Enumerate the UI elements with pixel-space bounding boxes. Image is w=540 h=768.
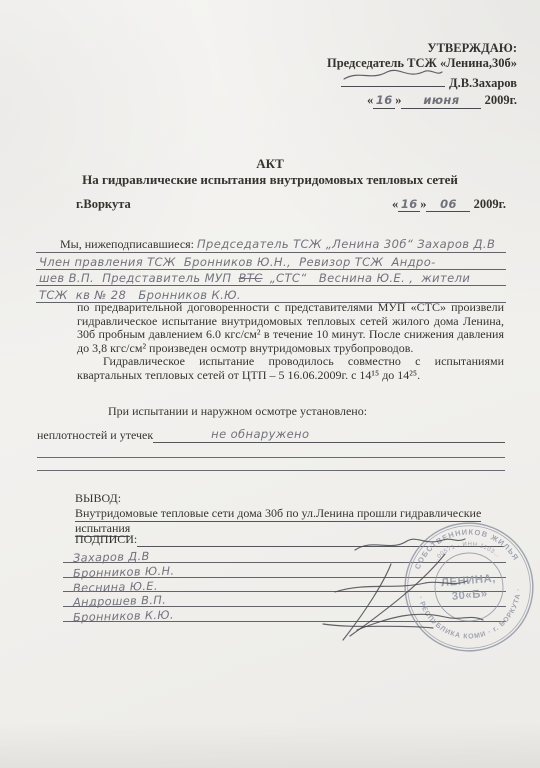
document-title: АКТ — [0, 156, 540, 172]
participants-handwritten-3b: „СТС“ Веснина Ю.Е. , жители — [263, 271, 471, 285]
signature-row: Бронников К.Ю. — [63, 607, 506, 622]
participants-handwritten-strikethrough: ВТС — [235, 271, 262, 285]
approval-date-row: «16»июня 2009г. — [247, 93, 517, 109]
date-month: 06 — [426, 197, 470, 212]
signatory-name: Бронников Ю.Н. — [63, 564, 175, 580]
blank-lines — [37, 444, 505, 471]
signatory-name: Бронников К.Ю. — [63, 609, 174, 625]
date-day: 16 — [398, 197, 420, 212]
participants-line-2: Член правления ТСЖ Бронников Ю.Н., Ревиз… — [36, 253, 506, 269]
approver-name: Д.В.Захаров — [449, 76, 517, 90]
signature-line — [341, 72, 445, 87]
signature-row: Бронников Ю.Н. — [63, 563, 506, 578]
document-title-block: АКТ На гидравлические испытания внутридо… — [0, 156, 540, 188]
approval-block: УТВЕРЖДАЮ: Председатель ТСЖ «Ленина,30б»… — [247, 41, 517, 109]
signatory-name: Веснина Ю.Е. — [63, 579, 158, 594]
approval-label: УТВЕРЖДАЮ: — [247, 41, 517, 56]
approval-date-month: июня — [401, 93, 481, 109]
signature-row: Андрошев В.П. — [63, 592, 506, 607]
conclusion-label: ВЫВОД: — [75, 491, 507, 506]
participants-line-1: Мы, нижеподписавшиеся: Председатель ТСЖ … — [36, 237, 506, 253]
participants-handwritten-3a: шев В.П. Представитель МУП — [36, 271, 235, 285]
signatory-name: Захаров Д.В — [63, 550, 150, 565]
signatures-label: ПОДПИСИ: — [75, 532, 137, 547]
participants-handwritten-2: Член правления ТСЖ Бронников Ю.Н., Ревиз… — [36, 255, 436, 269]
participants-line-3: шев В.П. Представитель МУП ВТС „СТС“ Вес… — [36, 270, 506, 286]
participants-section: Мы, нижеподписавшиеся: Председатель ТСЖ … — [36, 237, 506, 303]
approval-signature-row: Д.В.Захаров — [247, 72, 517, 91]
date-year: 2009г. — [474, 197, 506, 211]
signature-row: Захаров Д.В — [63, 548, 506, 563]
signatures-label-row: ПОДПИСИ: — [75, 533, 504, 547]
document-date: «16»06 2009г. — [392, 197, 506, 212]
blank-ruled-line — [37, 458, 505, 472]
leaks-handwritten-value: не обнаружено — [153, 427, 309, 441]
ruled-line — [137, 546, 504, 547]
city-date-row: г.Воркута «16»06 2009г. — [76, 197, 506, 212]
participants-lead-in: Мы, нижеподписавшиеся: — [36, 237, 194, 252]
participants-handwritten-1: Председатель ТСЖ „Ленина 30б“ Захаров Д.… — [194, 237, 495, 251]
scanned-act-document: УТВЕРЖДАЮ: Председатель ТСЖ «Ленина,30б»… — [0, 0, 540, 768]
signature-scribble-icon — [341, 68, 445, 84]
document-subtitle: На гидравлические испытания внутридомовы… — [0, 172, 540, 188]
inspection-heading: При испытании и наружном осмотре установ… — [108, 404, 367, 419]
conclusion-line: Внутридомовые тепловые сети дома 30б по … — [75, 506, 507, 536]
body-paragraph-1: по предварительной договоренности с пред… — [77, 301, 504, 355]
approval-date-year: 2009г. — [485, 93, 517, 107]
blank-ruled-line — [37, 444, 505, 458]
signature-rows: Захаров Д.В Бронников Ю.Н. Веснина Ю.Е. … — [63, 548, 506, 622]
body-paragraphs: по предварительной договоренности с пред… — [77, 301, 504, 382]
body-paragraph-2: Гидравлическое испытание проводилось сов… — [77, 355, 504, 382]
approval-date-day: 16 — [373, 93, 395, 109]
ruled-line: не обнаружено — [153, 427, 505, 443]
leaks-row: неплотностей и утечек не обнаружено — [37, 428, 505, 443]
ruled-line: Председатель ТСЖ „Ленина 30б“ Захаров Д.… — [194, 237, 506, 252]
city-label: г.Воркута — [76, 197, 131, 212]
signature-row: Веснина Ю.Е. — [63, 578, 506, 593]
leaks-label: неплотностей и утечек — [37, 428, 153, 443]
conclusion-section: ВЫВОД: Внутридомовые тепловые сети дома … — [75, 491, 507, 536]
